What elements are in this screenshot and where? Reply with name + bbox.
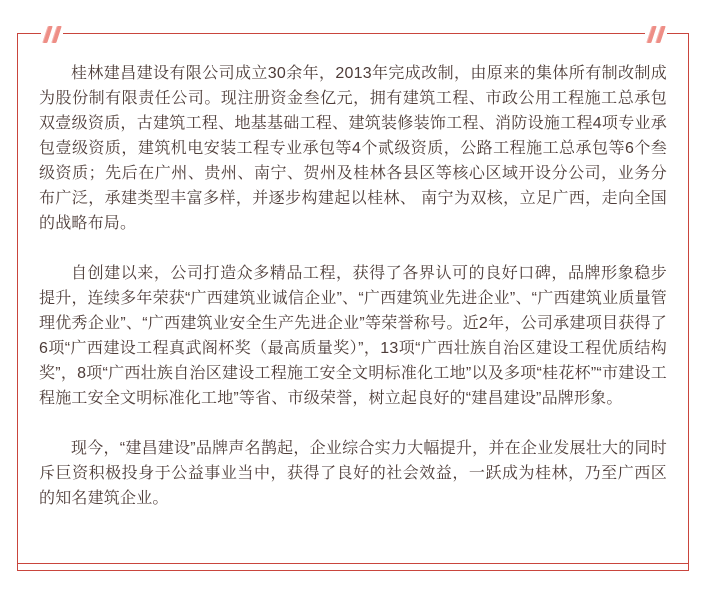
paragraph-company-overview: 桂林建昌建设有限公司成立30余年，2013年完成改制，由原来的集体所有制改制成为… [39, 61, 667, 236]
paragraph-honors-awards: 自创建以来，公司打造众多精品工程，获得了各界认可的良好口碑，品牌形象稳步提升，连… [39, 261, 667, 411]
company-intro-card: 桂林建昌建设有限公司成立30余年，2013年完成改制，由原来的集体所有制改制成为… [17, 33, 689, 571]
bottom-divider-line [18, 563, 688, 564]
company-intro-text: 桂林建昌建设有限公司成立30余年，2013年完成改制，由原来的集体所有制改制成为… [18, 34, 688, 511]
paragraph-brand-reputation: 现今，“建昌建设”品牌声名鹊起，企业综合实力大幅提升，并在企业发展壮大的同时斥巨… [39, 436, 667, 511]
